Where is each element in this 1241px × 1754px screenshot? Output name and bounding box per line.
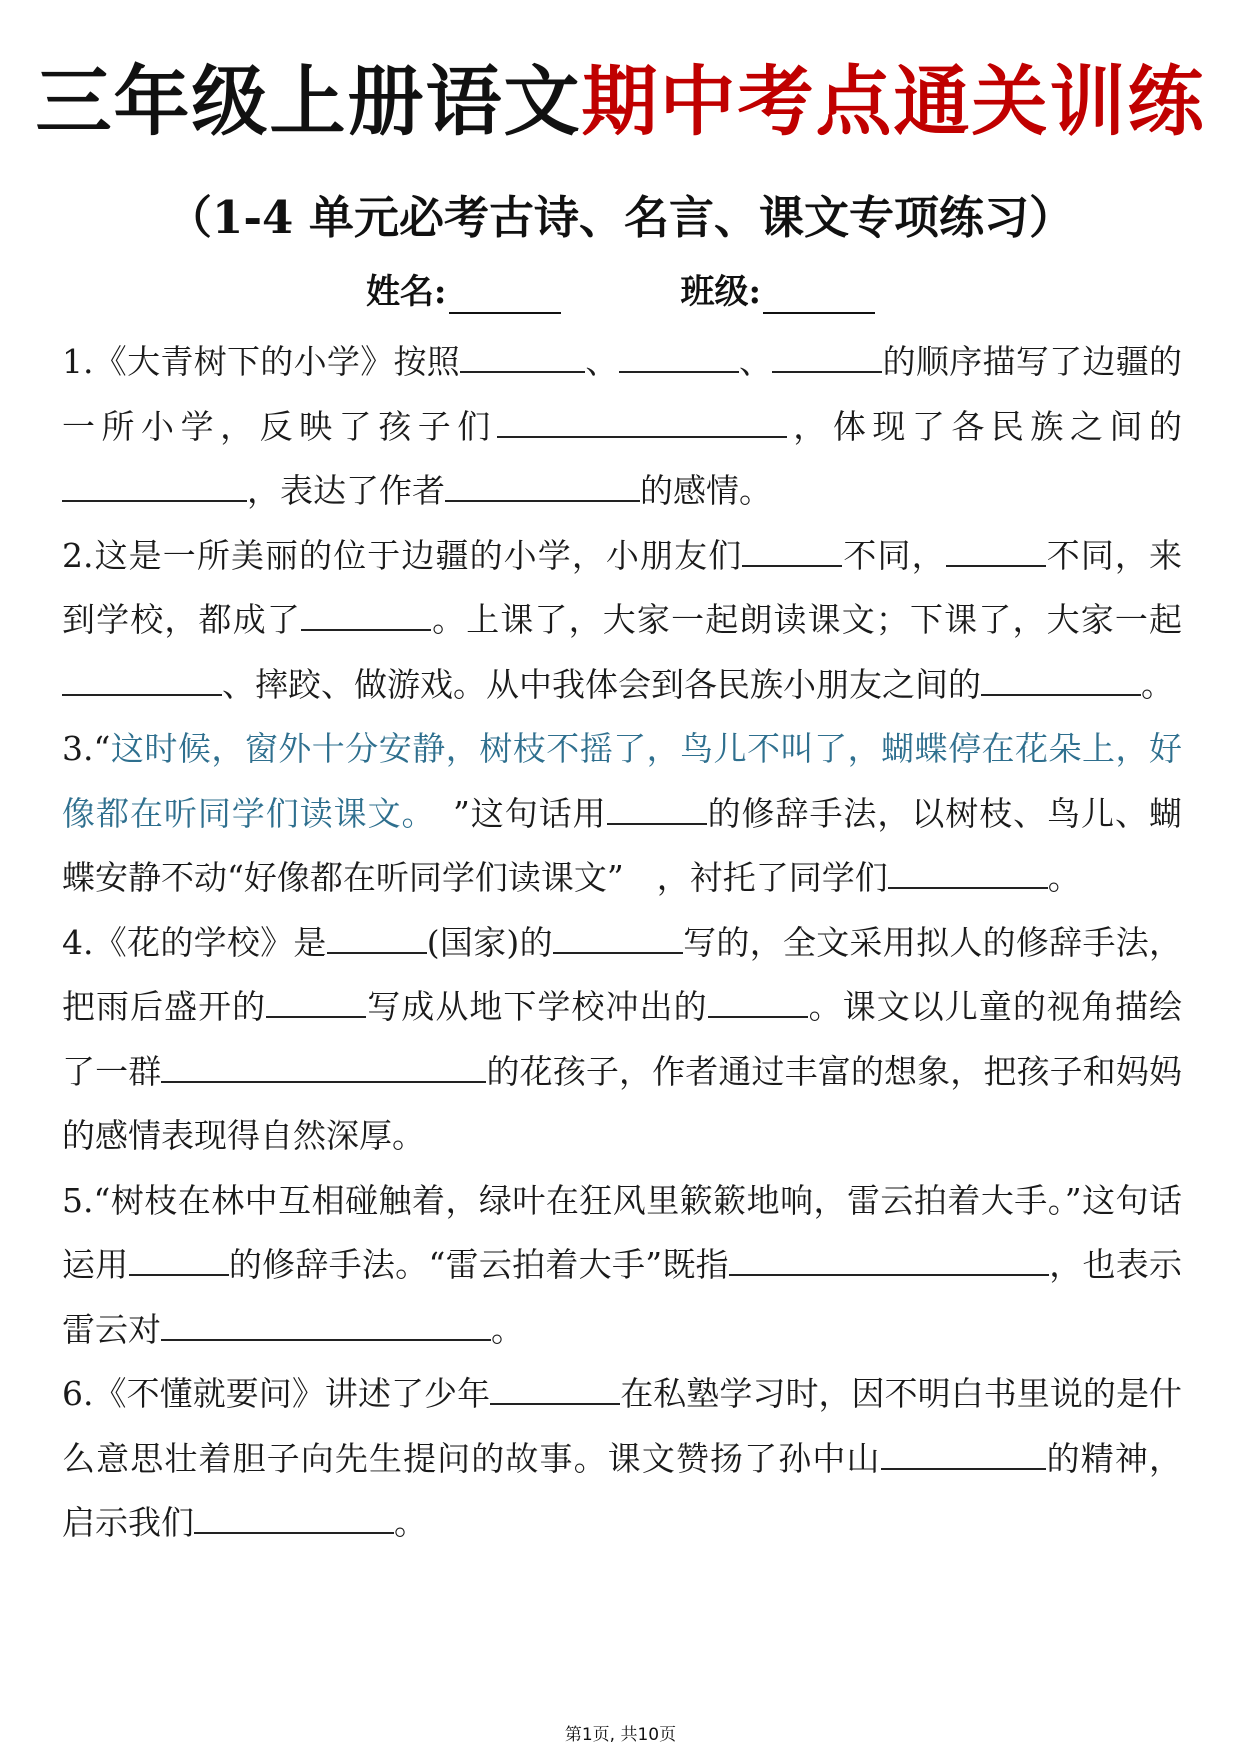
question-text: 、 — [739, 342, 773, 381]
question-4: 4.《花的学校》是(国家)的写的，全文采用拟人的修辞手法，把雨后盛开的写成从地下… — [62, 911, 1182, 1169]
question-2: 2.这是一所美丽的位于边疆的小学，小朋友们不同，不同，来到学校，都成了。上课了，… — [62, 524, 1182, 718]
answer-blank[interactable] — [497, 406, 787, 438]
question-text: 。 — [1141, 665, 1174, 704]
question-text: ”这句话用 — [419, 794, 607, 833]
question-text: 写成从地下学校冲出的 — [366, 987, 707, 1026]
answer-blank[interactable] — [327, 922, 427, 954]
answer-blank[interactable] — [161, 1309, 491, 1341]
question-number: 3. — [62, 729, 94, 768]
question-text: 。 — [394, 1503, 427, 1542]
answer-blank[interactable] — [301, 599, 431, 631]
question-text: 、 — [585, 342, 619, 381]
question-text: 。上课了，大家一起朗读课文；下课了，大家一起 — [431, 600, 1182, 639]
question-text: ，表达了作者 — [247, 471, 445, 510]
page-indicator: 第1页, 共10页 — [0, 1720, 1241, 1745]
answer-blank[interactable] — [266, 986, 366, 1018]
answer-blank[interactable] — [888, 857, 1048, 889]
question-text: 《大青树下的小学》按照 — [94, 342, 461, 381]
name-blank[interactable] — [449, 276, 561, 314]
question-number: 6. — [62, 1374, 94, 1413]
name-label: 姓名: — [366, 270, 447, 314]
question-text: 。 — [1048, 858, 1081, 897]
question-text: 的修辞手法。“雷云拍着大手”既指 — [229, 1245, 729, 1284]
question-text: 不同， — [842, 536, 945, 575]
question-list: 1.《大青树下的小学》按照、、的顺序描写了边疆的一所小学，反映了孩子们，体现了各… — [62, 330, 1182, 1556]
answer-blank[interactable] — [553, 922, 683, 954]
question-6: 6.《不懂就要问》讲述了少年在私塾学习时，因不明白书里说的是什么意思壮着胆子向先… — [62, 1362, 1182, 1556]
answer-blank[interactable] — [62, 470, 247, 502]
answer-blank[interactable] — [772, 341, 882, 373]
question-number: 2. — [62, 536, 94, 575]
answer-blank[interactable] — [708, 986, 808, 1018]
question-text: 。 — [491, 1310, 524, 1349]
question-1: 1.《大青树下的小学》按照、、的顺序描写了边疆的一所小学，反映了孩子们，体现了各… — [62, 330, 1182, 524]
question-number: 5. — [62, 1181, 94, 1220]
name-field[interactable]: 姓名: — [366, 270, 561, 314]
class-field[interactable]: 班级: — [681, 270, 876, 314]
answer-blank[interactable] — [62, 664, 222, 696]
answer-blank[interactable] — [742, 535, 842, 567]
title-black-part: 三年级上册语文 — [36, 57, 582, 146]
answer-blank[interactable] — [946, 535, 1046, 567]
page-subtitle: （1-4 单元必考古诗、名言、课文专项练习） — [0, 188, 1241, 248]
answer-blank[interactable] — [129, 1244, 229, 1276]
question-5: 5.“树枝在林中互相碰触着，绿叶在狂风里簌簌地响，雷云拍着大手。”这句话运用的修… — [62, 1169, 1182, 1363]
title-red-part: 期中考点通关训练 — [582, 57, 1206, 146]
answer-blank[interactable] — [445, 470, 640, 502]
page-title: 三年级上册语文期中考点通关训练 — [0, 52, 1241, 152]
question-text: (国家)的 — [427, 923, 553, 962]
question-number: 4. — [62, 923, 94, 962]
question-text: 《不懂就要问》讲述了少年 — [94, 1374, 491, 1413]
question-text: 《花的学校》是 — [94, 923, 327, 962]
answer-blank[interactable] — [161, 1051, 486, 1083]
answer-blank[interactable] — [194, 1502, 394, 1534]
question-number: 1. — [62, 342, 94, 381]
quote-mark: “ — [94, 729, 111, 768]
answer-blank[interactable] — [619, 341, 739, 373]
question-text: 这是一所美丽的位于边疆的小学，小朋友们 — [94, 536, 743, 575]
class-label: 班级: — [681, 270, 762, 314]
student-info-row: 姓名: 班级: — [0, 270, 1241, 314]
question-text: 的感情。 — [640, 471, 772, 510]
question-text: ，体现了各民族之间的 — [787, 407, 1182, 446]
answer-blank[interactable] — [729, 1244, 1049, 1276]
answer-blank[interactable] — [981, 664, 1141, 696]
question-3: 3.“这时候，窗外十分安静，树枝不摇了，鸟儿不叫了，蝴蝶停在花朵上，好像都在听同… — [62, 717, 1182, 911]
answer-blank[interactable] — [881, 1438, 1046, 1470]
answer-blank[interactable] — [490, 1373, 620, 1405]
question-text: 、摔跤、做游戏。从中我体会到各民族小朋友之间的 — [222, 665, 981, 704]
class-blank[interactable] — [763, 276, 875, 314]
answer-blank[interactable] — [460, 341, 585, 373]
answer-blank[interactable] — [607, 793, 707, 825]
